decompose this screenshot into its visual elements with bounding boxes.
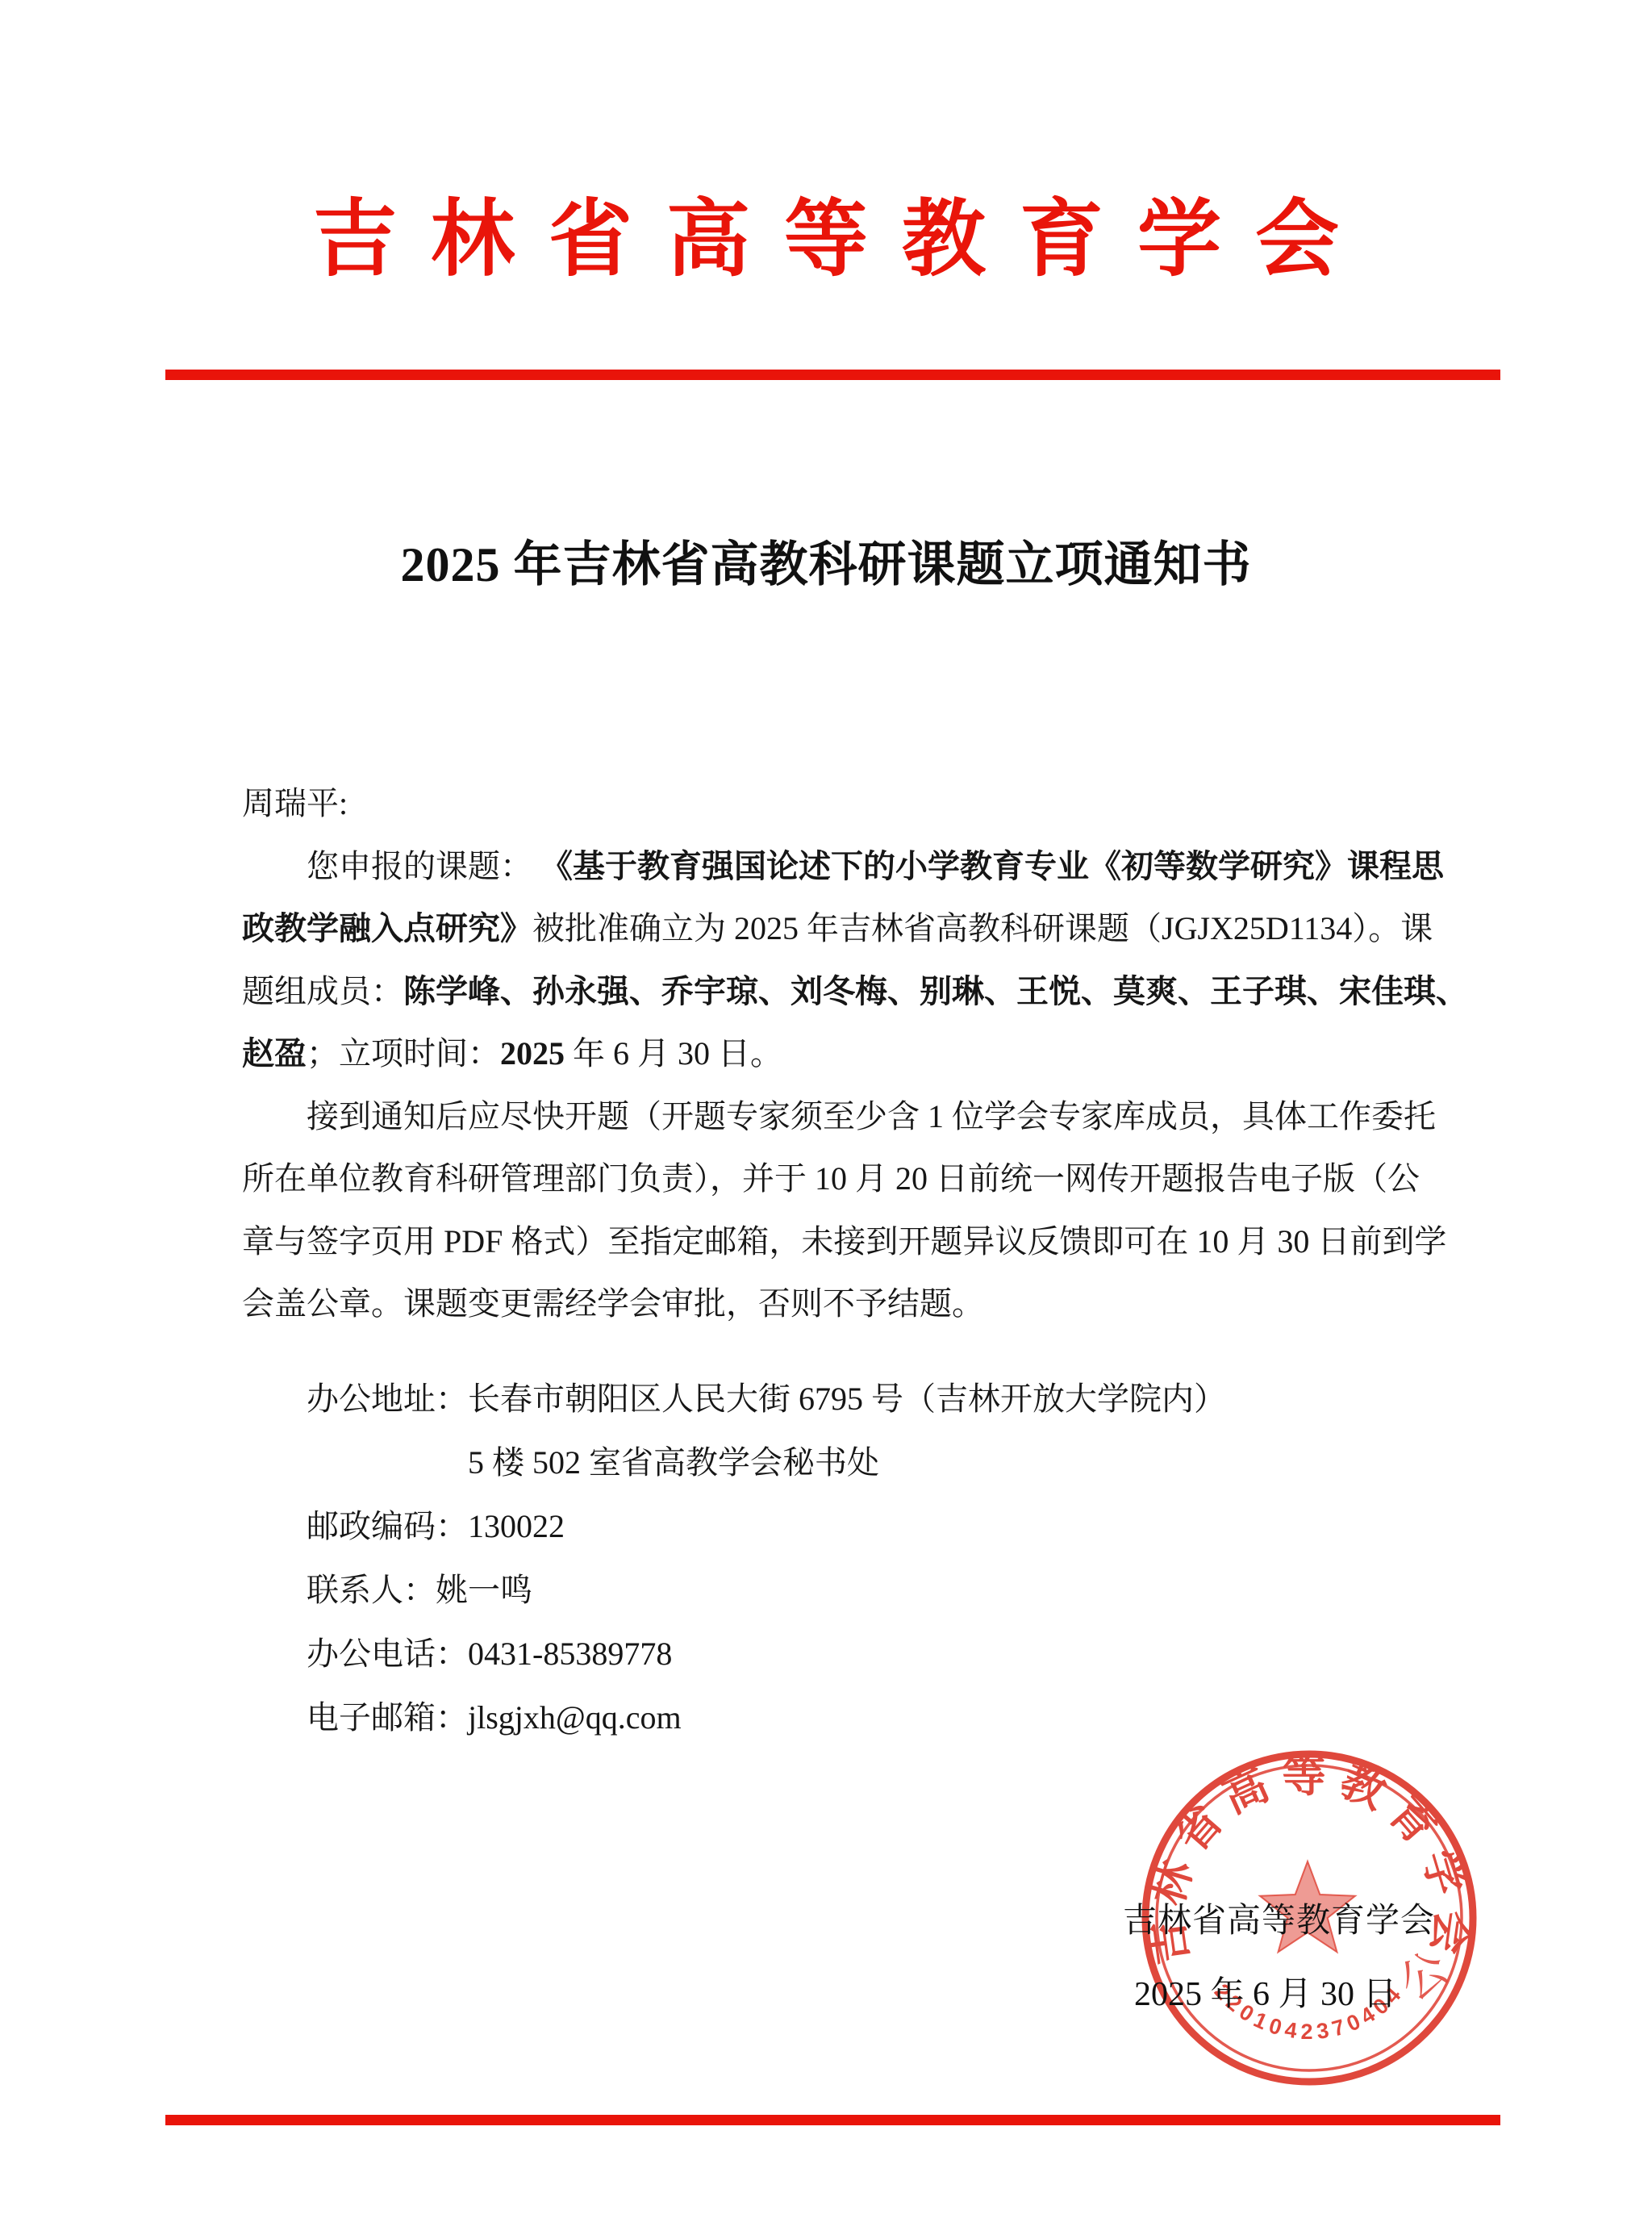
letter-page: 吉林省高等教育学会 2025 年吉林省高教科研课题立项通知书 周瑞平:您申报的课… [0, 0, 1652, 2231]
body-line: 周瑞平: [242, 784, 348, 823]
body-line: 政教学融入点研究》被批准确立为 2025 年吉林省高教科研课题（JGJX25D1… [242, 909, 1433, 948]
signature-date: 2025 年 6 月 30 日 [1134, 1967, 1397, 2016]
contact-line: 联系人：姚一鸣 [242, 1571, 532, 1610]
body-line: 赵盈；立项时间：2025 年 6 月 30 日。 [242, 1034, 782, 1073]
org-masthead: 吉林省高等教育学会 [0, 192, 1652, 289]
signature-org: 吉林省高等教育学会 [1123, 1894, 1435, 1942]
document-title: 2025 年吉林省高教科研课题立项通知书 [0, 526, 1652, 595]
masthead-rule [165, 370, 1500, 380]
contact-line: 电子邮箱：jlsgjxh@qq.com [242, 1698, 682, 1737]
body-line: 题组成员：陈学峰、孙永强、乔宇琼、刘冬梅、别琳、王悦、莫爽、王子琪、宋佳琪、 [242, 972, 1468, 1011]
contact-line: 办公地址：长春市朝阳区人民大街 6795 号（吉林开放大学院内） [242, 1380, 1226, 1418]
body-line: 您申报的课题： 《基于教育强国论述下的小学教育专业《初等数学研究》课程思 [242, 847, 1444, 886]
footer-rule [165, 2115, 1500, 2125]
body-line: 会盖公章。课题变更需经学会审批，否则不予结题。 [242, 1285, 984, 1323]
body-line: 所在单位教育科研管理部门负责），并于 10 月 20 日前统一网传开题报告电子版… [242, 1159, 1420, 1198]
body-line: 接到通知后应尽快开题（开题专家须至少含 1 位学会专家库成员，具体工作委托 [242, 1097, 1436, 1136]
contact-line: 办公电话：0431-85389778 [242, 1635, 672, 1673]
body-line: 章与签字页用 PDF 格式）至指定邮箱，未接到开题异议反馈即可在 10 月 30… [242, 1222, 1446, 1261]
contact-line: 5 楼 502 室省高教学会秘书处 [242, 1443, 879, 1482]
contact-line: 邮政编码：130022 [242, 1507, 565, 1546]
